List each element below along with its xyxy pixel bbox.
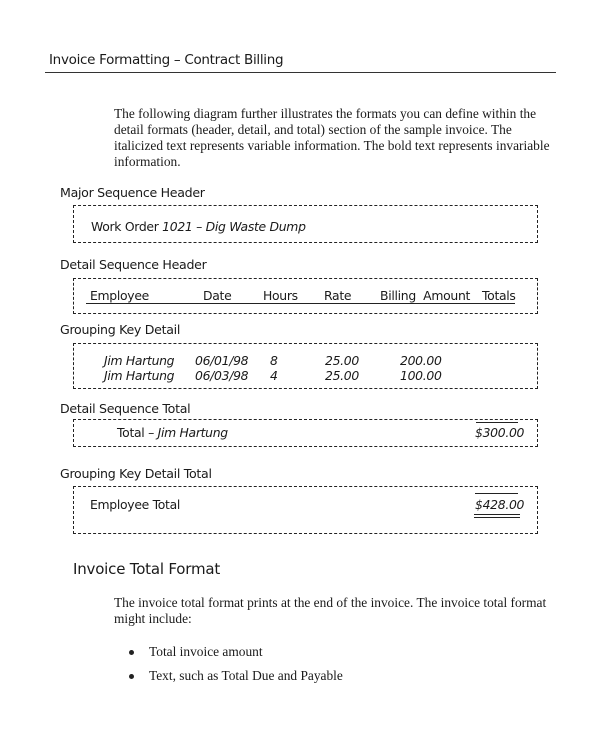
column-header-totals: Totals <box>482 288 516 303</box>
sequence-total-prefix: Total – <box>117 425 158 440</box>
employee-total-text: Employee Total <box>90 497 180 512</box>
detail-sequence-total-label: Detail Sequence Total <box>60 401 190 416</box>
column-header-date: Date <box>203 288 231 303</box>
row-amount: 100.00 <box>400 368 442 383</box>
column-header-underline <box>86 303 515 304</box>
column-header-rate: Rate <box>324 288 351 303</box>
title-divider <box>45 72 556 73</box>
work-order-prefix: Work Order <box>91 219 162 234</box>
invoice-total-format-paragraph: The invoice total format prints at the e… <box>114 595 564 627</box>
employee-total-overline <box>475 493 518 494</box>
row-hours: 8 <box>270 353 278 368</box>
column-header-hours: Hours <box>263 288 298 303</box>
row-employee: Jim Hartung <box>104 368 174 383</box>
detail-sequence-total-box: Total – Jim Hartung $300.00 <box>73 419 538 447</box>
employee-total-value: $428.00 <box>475 497 524 512</box>
detail-sequence-header-box: Employee Date Hours Rate Billing Amount … <box>73 278 538 314</box>
work-order-variable: 1021 – Dig Waste Dump <box>162 219 305 234</box>
detail-sequence-header-label: Detail Sequence Header <box>60 257 206 272</box>
major-sequence-header-label: Major Sequence Header <box>60 185 205 200</box>
sequence-total-employee: Jim Hartung <box>158 425 228 440</box>
sequence-total-line: Total – Jim Hartung <box>117 425 228 440</box>
row-employee: Jim Hartung <box>104 353 174 368</box>
bullet-icon <box>129 674 134 679</box>
document-title: Invoice Formatting – Contract Billing <box>49 52 283 68</box>
bullet-icon <box>129 650 134 655</box>
list-item-text: Text, such as Total Due and Payable <box>149 668 343 684</box>
row-date: 06/01/98 <box>195 353 248 368</box>
list-item-text: Total invoice amount <box>149 644 263 660</box>
grouping-key-detail-label: Grouping Key Detail <box>60 322 180 337</box>
grouping-key-detail-total-box: Employee Total $428.00 <box>73 486 538 534</box>
row-date: 06/03/98 <box>195 368 248 383</box>
major-sequence-header-box: Work Order 1021 – Dig Waste Dump <box>73 205 538 243</box>
grouping-key-detail-box: Jim Hartung 06/01/98 8 25.00 200.00 Jim … <box>73 343 538 389</box>
row-amount: 200.00 <box>400 353 442 368</box>
column-header-employee: Employee <box>90 288 149 303</box>
work-order-line: Work Order 1021 – Dig Waste Dump <box>91 219 306 234</box>
column-header-billing-amount: Billing Amount <box>380 288 470 303</box>
sequence-total-overline <box>476 422 518 423</box>
row-hours: 4 <box>270 368 278 383</box>
grouping-key-detail-total-label: Grouping Key Detail Total <box>60 466 212 481</box>
intro-paragraph: The following diagram further illustrate… <box>114 106 564 170</box>
sequence-total-value: $300.00 <box>475 425 524 440</box>
row-rate: 25.00 <box>325 368 359 383</box>
row-rate: 25.00 <box>325 353 359 368</box>
employee-total-double-underline <box>474 514 520 518</box>
invoice-total-format-heading: Invoice Total Format <box>73 560 220 578</box>
